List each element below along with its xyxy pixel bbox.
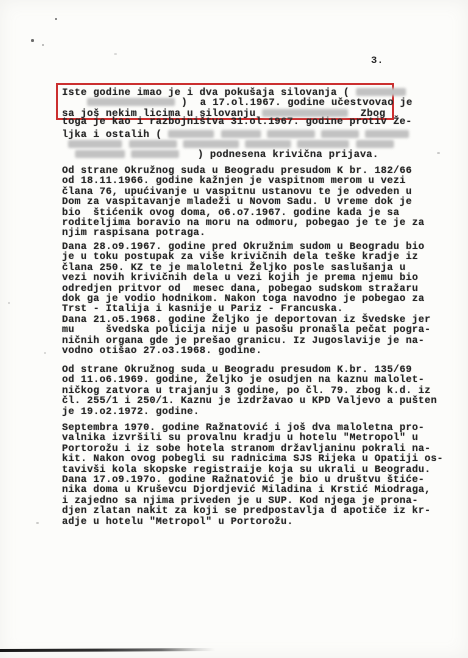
text-segment: je u toku postupak za više krivičnih del… — [62, 252, 418, 263]
redacted-text — [297, 140, 349, 148]
text-segment: njim raspisana potraga. — [62, 228, 206, 239]
text-segment: mu švedska policija nije u pasošu pronaš… — [62, 325, 431, 336]
scan-speck — [36, 522, 39, 524]
redacted-text — [267, 130, 315, 138]
redacted-text — [356, 140, 394, 148]
text-segment — [62, 150, 75, 161]
scan-speck — [42, 44, 44, 46]
text-segment: Dom za vaspitavanje mladeži u Novom Sadu… — [62, 197, 412, 208]
text-line: ) podnesena krivična prijava. — [62, 149, 413, 159]
text-segment: Trst - Italija i kasnije u Pariz - Franc… — [62, 304, 343, 315]
text-line: toga je kao i razbojništva 31.ol.1967. g… — [62, 118, 413, 128]
redacted-text — [68, 140, 122, 148]
paragraph-hotel-metropol: Septembra 1970. godine Ražnatović i još … — [62, 424, 443, 528]
text-segment: nika doma u Kruševcu Djordjević Miladina… — [62, 485, 431, 496]
text-segment: kit. Nakon ovog pobegli su radnicima SJS… — [62, 454, 443, 465]
scan-speck — [31, 39, 34, 42]
redacted-text — [75, 150, 125, 158]
text-segment: valnika izvršili su provalnu kradju u ho… — [62, 433, 418, 444]
text-segment: toga je kao i razbojništva 31.ol.1967. g… — [62, 117, 412, 128]
text-segment: od 11.o6.1969. godine, Željko je osudjen… — [62, 375, 425, 386]
text-line: ljka i ostalih ( — [62, 129, 413, 139]
text-line: adje u hotelu "Metropol" u Portorožu. — [62, 518, 443, 528]
paragraph-court-182-66: Od strane Okružnog suda u Beogradu presu… — [62, 167, 425, 240]
text-segment: ) podnesena krivična prijava. — [179, 150, 379, 161]
redacted-text — [221, 130, 261, 138]
text-segment: bio štićenik ovog doma, o6.o7.1967. godi… — [62, 208, 400, 219]
text-line: ) a 17.ol.1967. godine učestvovao je — [62, 97, 413, 107]
redacted-text — [245, 140, 291, 148]
text-segment: vodno otišao 27.o3.1968. godine. — [62, 346, 262, 357]
text-segment: tavivši kola skopske registraije koja su… — [62, 465, 431, 476]
text-segment: je 19.o2.1972. godine. — [62, 407, 200, 418]
redacted-text — [365, 130, 409, 138]
text-segment: adje u hotelu "Metropol" u Portorožu. — [62, 517, 293, 528]
redacted-text — [183, 140, 239, 148]
paragraph-rape-attempts: Iste godine imao je i dva pokušaja silov… — [62, 87, 413, 160]
scan-speck — [44, 352, 46, 354]
text-line: vodno otišao 27.o3.1968. godine. — [62, 347, 431, 357]
scan-speck — [8, 302, 10, 304]
redacted-text — [168, 130, 214, 138]
text-line: je 19.o2.1972. godine. — [62, 408, 437, 418]
redacted-text — [262, 109, 348, 117]
redacted-text — [356, 88, 406, 96]
text-segment: odredjen pritvor od mesec dana, pobegao … — [62, 284, 418, 295]
paragraph-deportation-sweden: Dana 21.o5.1968. godine Željko je deport… — [62, 316, 431, 358]
text-segment: vezi novih krivičnih dela u vezi kojih j… — [62, 273, 418, 284]
text-line — [62, 139, 413, 149]
paragraph-court-135-69: Od strane Okružnog suda u Beogradu presu… — [62, 366, 437, 418]
body-text: Iste godine imao je i dva pokušaja silov… — [0, 0, 468, 658]
scan-speck — [437, 152, 440, 154]
scan-speck — [114, 53, 117, 55]
redacted-text — [131, 150, 179, 158]
text-line: njim raspisana potraga. — [62, 229, 425, 239]
paragraph-escape-1967: Dana 28.o9.1967. godine pred Okružnim su… — [62, 243, 425, 316]
redacted-text — [87, 98, 175, 106]
scan-speck — [55, 18, 57, 20]
text-segment: djen zlatan nakit za koji se predpostavl… — [62, 506, 431, 517]
text-line: Iste godine imao je i dva pokušaja silov… — [62, 87, 413, 97]
document-page: 3. Iste godine imao je i dva pokušaja si… — [0, 0, 468, 658]
text-segment: čl. 255/1 i 250/1. Kaznu je izdržavao u … — [62, 396, 437, 407]
redacted-text — [129, 140, 177, 148]
redacted-text — [321, 130, 359, 138]
text-segment: od 18.11.1966. godine kažnjen je vaspitn… — [62, 176, 406, 187]
